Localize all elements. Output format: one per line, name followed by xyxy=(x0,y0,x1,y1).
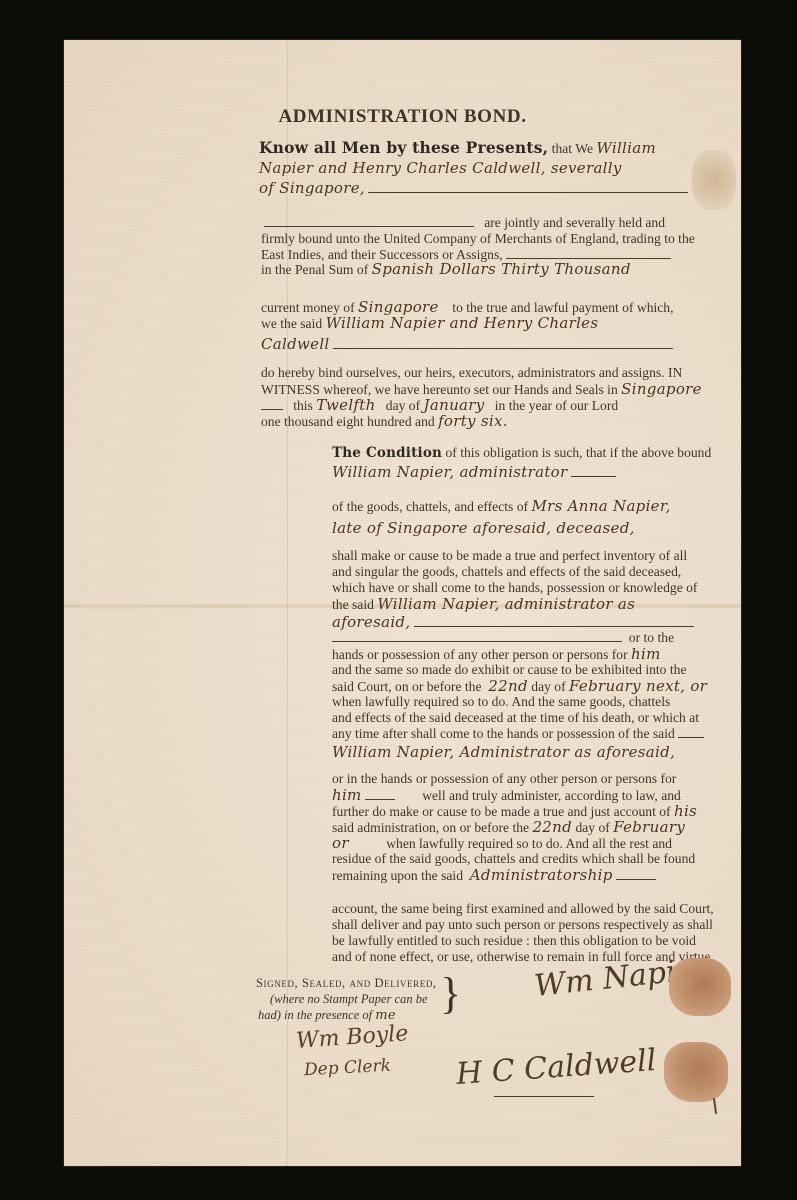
fill-rule xyxy=(616,875,656,880)
text: day of xyxy=(531,679,565,694)
handwritten-residence: late of Singapore aforesaid, deceased, xyxy=(332,519,635,537)
handwritten-administrator: William Napier, administrator as xyxy=(377,595,635,613)
para2-line-4: one thousand eight hundred and forty six… xyxy=(261,413,508,430)
wax-seal-1 xyxy=(669,958,731,1016)
text: day of xyxy=(386,398,420,413)
condition-line-2: William Napier, administrator xyxy=(332,464,616,481)
handwritten-date: 22nd xyxy=(488,677,528,695)
handwritten-administrator: William Napier, administrator xyxy=(332,463,567,481)
fill-rule xyxy=(368,188,688,193)
fill-rule xyxy=(678,733,704,738)
signature-caldwell: H C Caldwell xyxy=(455,1043,657,1092)
fill-rule xyxy=(506,254,671,259)
attestation-line-2: (where no Stampt Paper can be xyxy=(270,991,428,1007)
text: the said xyxy=(332,597,374,612)
handwritten-month: February xyxy=(613,818,685,836)
fill-rule xyxy=(261,405,283,410)
para1-line-1: are jointly and severally held and xyxy=(264,215,665,231)
text: to the true and lawful payment of which, xyxy=(452,300,673,315)
handwritten-month: February next, or xyxy=(569,677,707,695)
condition-line-15: and effects of the said deceased at the … xyxy=(332,710,699,726)
text: any time after shall come to the hands o… xyxy=(332,726,675,741)
condition-line-17: William Napier, Administrator as aforesa… xyxy=(332,744,675,761)
text: said administration, on or before the xyxy=(332,820,529,835)
fill-rule xyxy=(571,472,616,477)
condition-line-4: late of Singapore aforesaid, deceased, xyxy=(332,520,635,537)
condition-blackletter: The Condition xyxy=(332,445,442,461)
condition-line-19: him well and truly administer, according… xyxy=(332,787,681,804)
condition-line-23: residue of the said goods, chattels and … xyxy=(332,851,695,867)
handwritten-sum: Spanish Dollars Thirty Thousand xyxy=(372,260,631,278)
wax-seal-2 xyxy=(664,1042,728,1102)
text: in the Penal Sum of xyxy=(261,262,368,277)
text: hands or possession of any other person … xyxy=(332,647,628,662)
fill-rule xyxy=(365,795,395,800)
brace-glyph: } xyxy=(440,968,461,1019)
handwritten-administrator: William Napier, Administrator as aforesa… xyxy=(332,743,675,761)
opening-blackletter: Know all Men by these Presents, xyxy=(259,138,548,157)
condition-line-27: be lawfully entitled to such residue : t… xyxy=(332,933,696,949)
fill-rule xyxy=(332,637,622,642)
fill-rule xyxy=(414,622,694,627)
condition-line-9: aforesaid, xyxy=(332,614,694,631)
handwritten-date: 22nd xyxy=(532,818,572,836)
handwritten-place: Singapore xyxy=(621,380,702,398)
fill-rule xyxy=(333,344,673,349)
condition-line-16: any time after shall come to the hands o… xyxy=(332,726,704,742)
text: day of xyxy=(575,820,609,835)
text: current money of xyxy=(261,300,355,315)
opening-line-2: Napier and Henry Charles Caldwell, sever… xyxy=(259,160,622,177)
text: remaining upon the said xyxy=(332,868,463,883)
handwritten-names: Napier and Henry Charles Caldwell, sever… xyxy=(259,159,622,177)
condition-line-6: and singular the goods, chattels and eff… xyxy=(332,564,681,580)
condition-line-7: which have or shall come to the hands, p… xyxy=(332,580,697,596)
para1-line-7: Caldwell xyxy=(261,336,673,353)
attestation-line-1: Signed, Sealed, and Delivered, xyxy=(256,975,437,991)
document-title: ADMINISTRATION BOND. xyxy=(64,106,741,128)
text: further do make or cause to be made a tr… xyxy=(332,804,671,819)
condition-line-25: account, the same being first examined a… xyxy=(332,901,714,917)
text: we the said xyxy=(261,316,322,331)
text: well and truly administer, according to … xyxy=(422,788,681,803)
condition-line-13: said Court, on or before the 22nd day of… xyxy=(332,678,707,695)
condition-line-11: hands or possession of any other person … xyxy=(332,646,661,663)
handwritten-names: William Napier and Henry Charles xyxy=(326,314,599,332)
attestation-line-3: had) in the presence of me xyxy=(258,1007,396,1024)
condition-line-10: or to the xyxy=(332,630,674,646)
handwritten-name: William xyxy=(596,139,656,157)
para1-line-6: we the said William Napier and Henry Cha… xyxy=(261,315,598,332)
text: or to the xyxy=(629,630,674,645)
handwritten-name: Caldwell xyxy=(261,335,330,353)
text: when lawfully required so to do. And all… xyxy=(386,836,672,851)
handwritten-him: him xyxy=(631,645,661,663)
text: of the goods, chattels, and effects of xyxy=(332,499,528,514)
text: this xyxy=(293,398,313,413)
text: one thousand eight hundred and xyxy=(261,414,435,429)
condition-line-1: The Condition of this obligation is such… xyxy=(332,445,711,461)
condition-line-26: shall deliver and pay unto such person o… xyxy=(332,917,713,933)
text: WITNESS whereof, we have hereunto set ou… xyxy=(261,382,618,397)
condition-line-8: the said William Napier, administrator a… xyxy=(332,596,635,613)
handwritten-year: forty six. xyxy=(438,412,508,430)
opening-line: Know all Men by these Presents, that We … xyxy=(259,140,656,157)
condition-line-14: when lawfully required so to do. And the… xyxy=(332,694,670,710)
condition-line-22: or when lawfully required so to do. And … xyxy=(332,835,672,852)
handwritten-administratorship: Administratorship xyxy=(470,866,613,884)
para1-line-4: in the Penal Sum of Spanish Dollars Thir… xyxy=(261,261,631,278)
condition-line-21: said administration, on or before the 22… xyxy=(332,819,685,836)
handwritten-day: Twelfth xyxy=(316,396,375,414)
fill-rule xyxy=(264,222,474,227)
text: had) in the presence of xyxy=(258,1008,372,1022)
text: in the year of our Lord xyxy=(495,398,618,413)
handwritten-me: me xyxy=(375,1008,396,1023)
opening-text: that We xyxy=(552,141,593,156)
para1-line-2: firmly bound unto the United Company of … xyxy=(261,231,695,247)
handwritten-aforesaid: aforesaid, xyxy=(332,613,410,631)
text: said Court, on or before the xyxy=(332,679,482,694)
handwritten-him: him xyxy=(332,786,362,804)
condition-line-3: of the goods, chattels, and effects of M… xyxy=(332,498,671,515)
ink-mark xyxy=(713,1098,717,1114)
witness-signature: Wm Boyle xyxy=(295,1021,409,1054)
opening-line-3: of Singapore, xyxy=(259,180,688,197)
handwritten-deceased: Mrs Anna Napier, xyxy=(531,497,670,515)
bond-document-page: ADMINISTRATION BOND. Know all Men by the… xyxy=(64,40,741,1166)
condition-line-12: and the same so made do exhibit or cause… xyxy=(332,662,686,678)
condition-line-24: remaining upon the said Administratorshi… xyxy=(332,867,656,884)
signature-underline xyxy=(494,1092,594,1097)
condition-line-5: shall make or cause to be made a true an… xyxy=(332,548,687,564)
text: of this obligation is such, that if the … xyxy=(445,445,711,460)
handwritten-or: or xyxy=(332,834,349,852)
text: are jointly and severally held and xyxy=(484,215,665,230)
witness-title: Dep Clerk xyxy=(304,1056,392,1081)
condition-line-18: or in the hands or possession of any oth… xyxy=(332,771,676,787)
para2-line-1: do hereby bind ourselves, our heirs, exe… xyxy=(261,365,682,381)
handwritten-place: of Singapore, xyxy=(259,179,365,197)
paper-stain xyxy=(692,150,736,210)
